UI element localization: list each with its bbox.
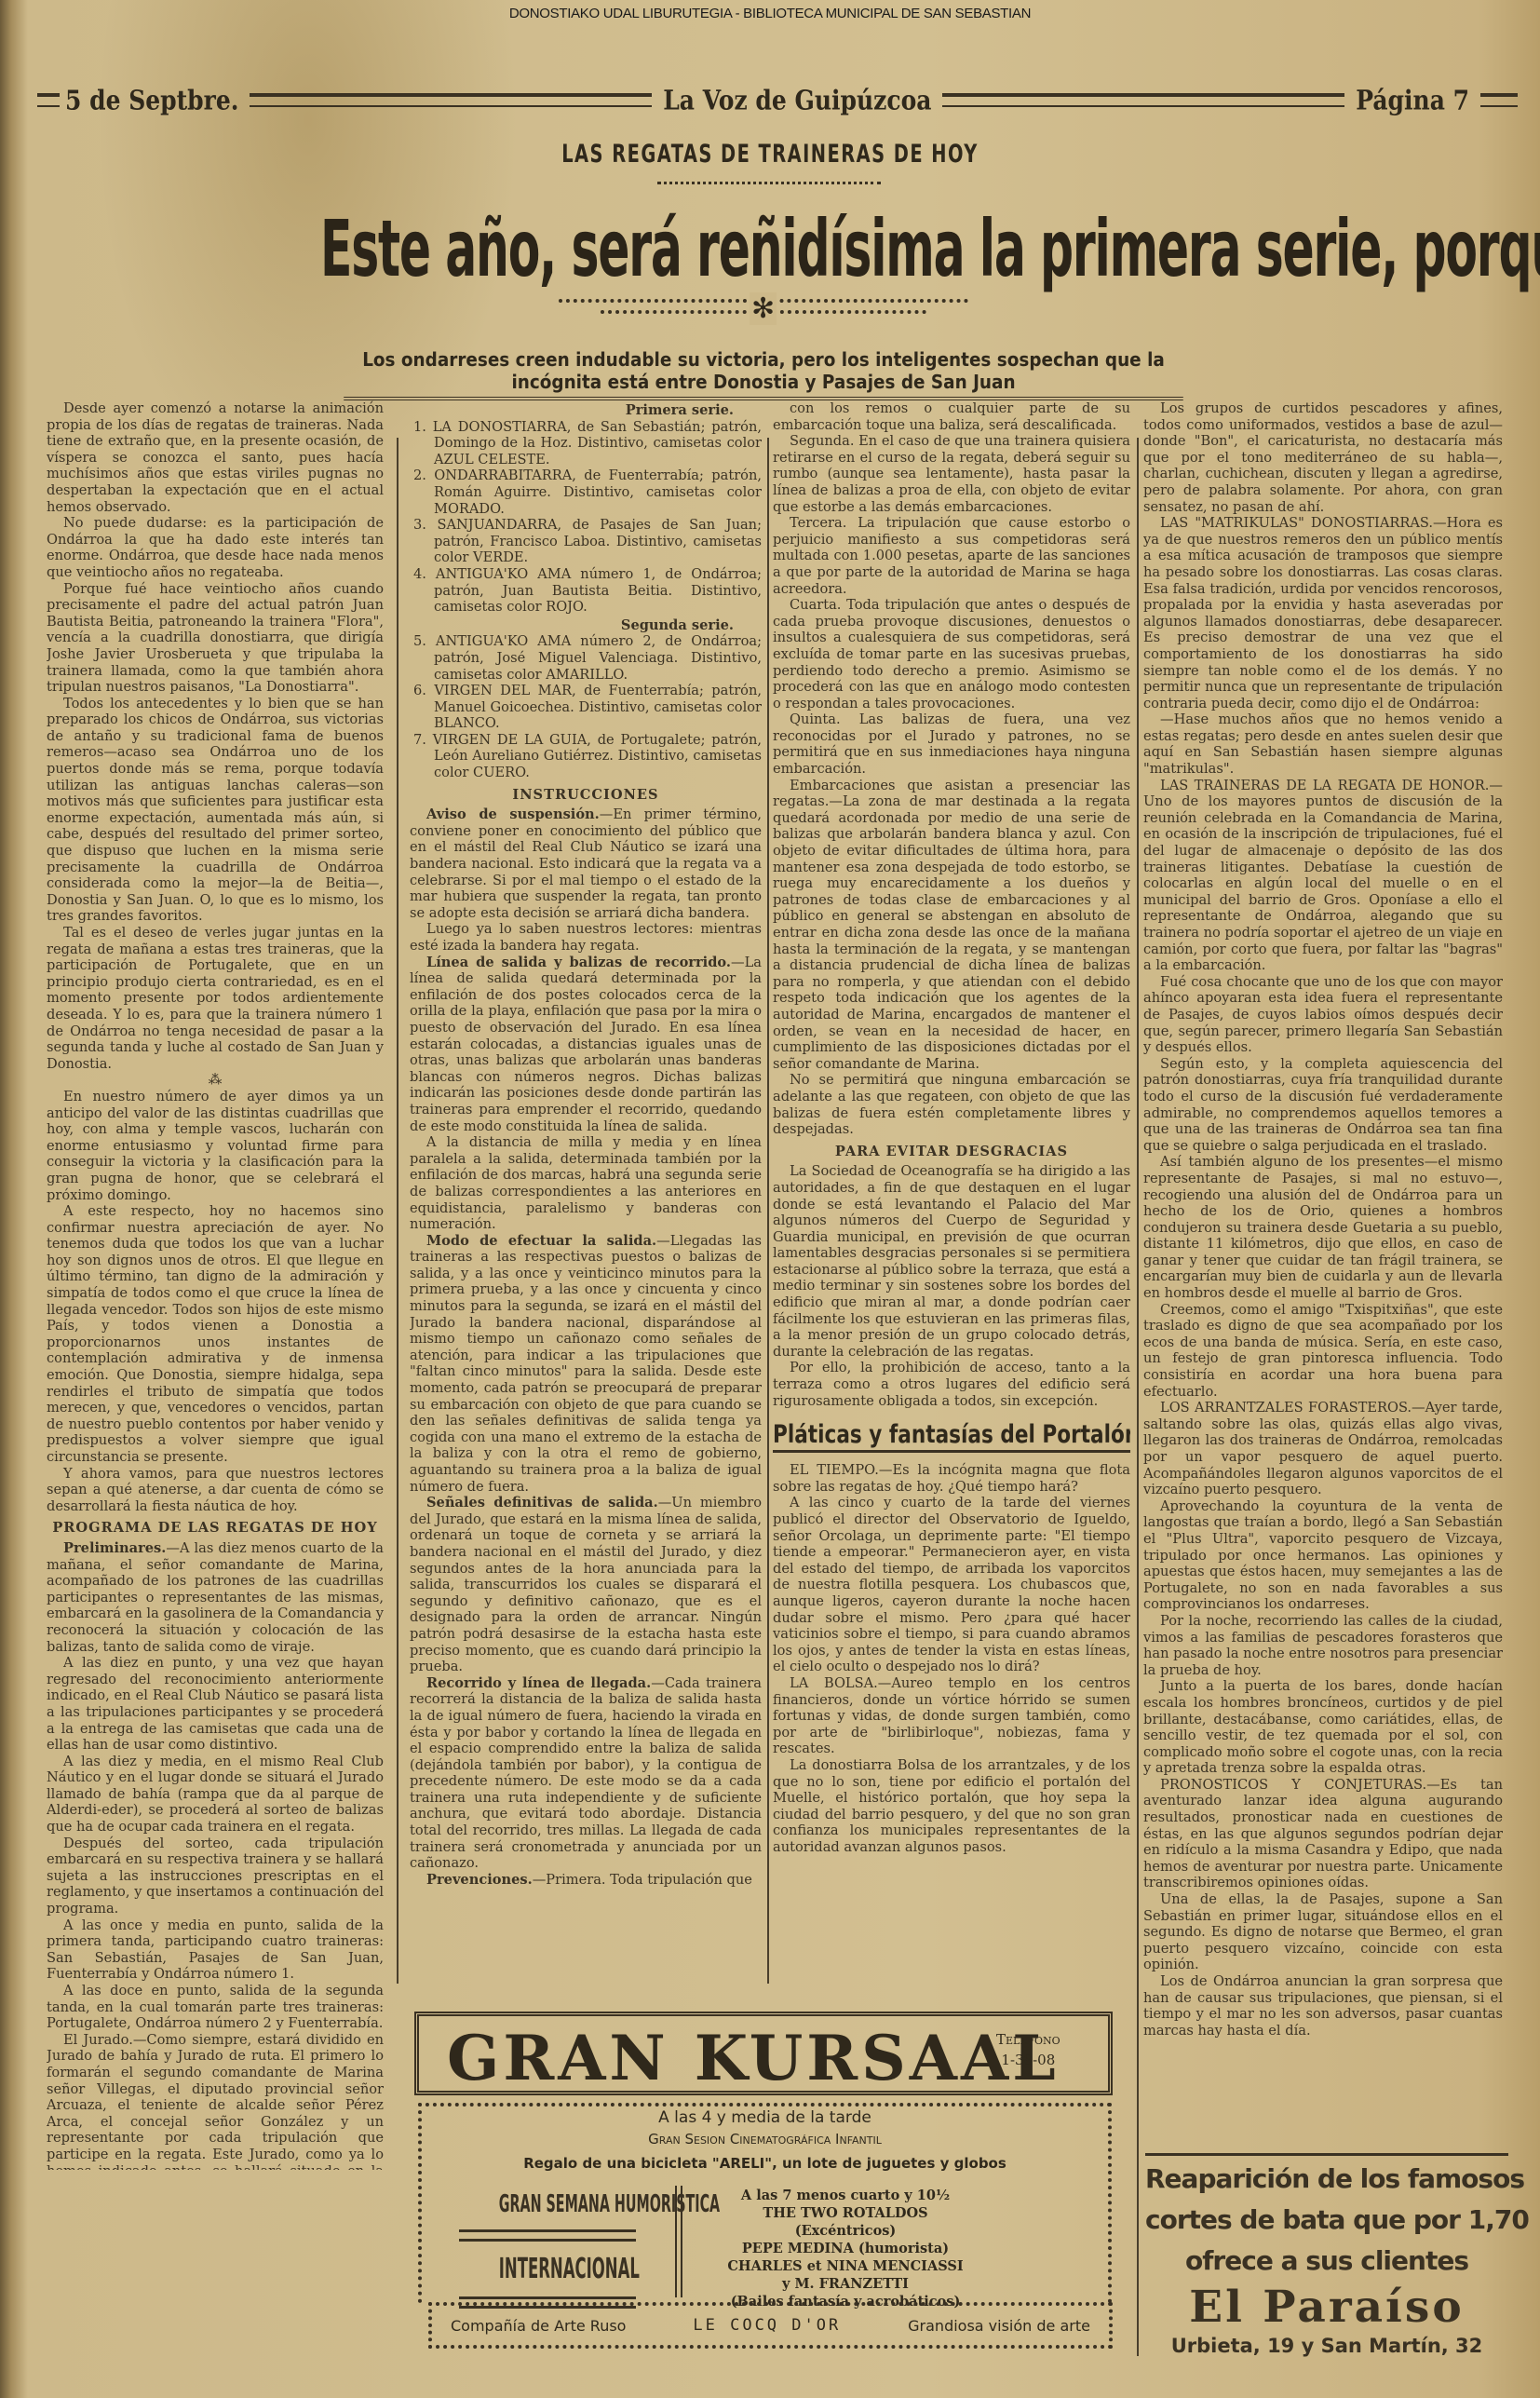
asterism-icon: ⁂ — [47, 1072, 384, 1089]
matinee-session: Gran Sesion Cinematográfica Infantil — [422, 2131, 1108, 2147]
paragraph: A las cinco y cuarto de la tarde del vie… — [773, 1495, 1130, 1675]
kursaal-title-box: GRAN KURSAAL Teléfono 1-38-08 — [414, 2012, 1113, 2095]
paragraph: Todos los antecedentes y lo bien que se … — [47, 696, 384, 925]
footer-tagline: Grandiosa visión de arte — [908, 2317, 1090, 2335]
paragraph: Por ello, la prohibición de acceso, tant… — [773, 1360, 1130, 1409]
paragraph: Por la noche, recorriendo las calles de … — [1143, 1613, 1503, 1678]
kursaal-phone: Teléfono 1-38-08 — [996, 2029, 1060, 2070]
kursaal-footer: Compañía de Arte Ruso LE COCQ D'OR Grand… — [428, 2302, 1113, 2349]
crew-entry: 1. LA DONOSTIARRA, de San Sebastián; pat… — [410, 419, 762, 468]
paragraph: Los de Ondárroa anuncian la gran sorpres… — [1143, 1973, 1503, 2039]
paraiso-line-3: ofrece a sus clientes — [1145, 2243, 1508, 2279]
instruction-lead: Modo de efectuar la salida. — [426, 1233, 656, 1249]
program-paragraph: El Jurado.—Como siempre, estará dividido… — [47, 2032, 384, 2170]
page-number: Página 7 — [1356, 84, 1469, 115]
paragraph: Aprovechando la coyuntura de la venta de… — [1143, 1498, 1503, 1613]
headline-ornament: ✻ — [559, 294, 968, 322]
instructions-list: Aviso de suspensión.—En primer término, … — [410, 806, 762, 1888]
kursaal-program-box: A las 4 y media de la tarde Gran Sesion … — [418, 2103, 1112, 2303]
instruction-paragraph: Prevenciones.—Primera. Toda tripulación … — [410, 1872, 762, 1889]
paragraph: PRONOSTICOS Y CONJETURAS.—Es tan aventur… — [1143, 1777, 1503, 1891]
column-4: Los grupos de curtidos pescadores y afin… — [1143, 400, 1503, 2133]
paragraph: LAS "MATRIKULAS" DONOSTIARRAS.—Hora es y… — [1143, 515, 1503, 711]
portalon-paragraphs: EL TIEMPO.—Es la incógnita magna que flo… — [773, 1462, 1130, 1855]
instructions-heading: INSTRUCCIONES — [410, 787, 762, 804]
footer-show: LE COCQ D'OR — [693, 2316, 841, 2335]
program-paragraph: A las diez en punto, y una vez que hayan… — [47, 1655, 384, 1754]
program-paragraphs: Preliminares.—A las diez menos cuarto de… — [47, 1540, 384, 2170]
column-3: con los remos o cualquier parte de su em… — [773, 400, 1130, 2002]
program-line: y M. FRANZETTI — [706, 2275, 985, 2293]
paragraph: A este respecto, hoy no hacemos sino con… — [47, 1203, 384, 1466]
column-1: Desde ayer comenzó a notarse la animació… — [47, 400, 384, 2170]
instruction-paragraph: Señales definitivas de salida.—Un miembr… — [410, 1495, 762, 1675]
masthead-rule — [250, 93, 652, 107]
instruction-paragraph: Modo de efectuar la salida.—Llegadas las… — [410, 1233, 762, 1496]
column-divider — [397, 438, 399, 1984]
evening-program: A las 7 menos cuarto y 10½THE TWO ROTALD… — [706, 2187, 985, 2310]
program-lead: Preliminares. — [63, 1540, 166, 1556]
paragraph: LAS TRAINERAS DE LA REGATA DE HONOR.—Uno… — [1143, 778, 1503, 974]
paragraph: Una de ellas, la de Pasajes, supone a Sa… — [1143, 1891, 1503, 1973]
column-2: Primera serie.1. LA DONOSTIARRA, de San … — [410, 400, 762, 2002]
instruction-paragraph: Recorrido y línea de llegada.—Cada train… — [410, 1675, 762, 1872]
portalon-heading: Pláticas y fantasías del Portalón — [773, 1420, 1130, 1453]
matinee-time: A las 4 y media de la tarde — [422, 2108, 1108, 2127]
article-deck: Los ondarreses creen indudable su victor… — [344, 348, 1183, 400]
instruction-lead: Recorrido y línea de llegada. — [426, 1675, 651, 1691]
program-line: A las 7 menos cuarto y 10½ — [706, 2187, 985, 2204]
kursaal-title: GRAN KURSAAL — [447, 2022, 1060, 2094]
paragraph: Según esto, y la completa aquiescencia d… — [1143, 1056, 1503, 1155]
program-heading: PROGRAMA DE LAS REGATAS DE HOY — [47, 1520, 384, 1537]
desgracias-heading: PARA EVITAR DESGRACIAS — [773, 1144, 1130, 1160]
matinee-gift: Regalo de una bicicleta "ARELI", un lote… — [422, 2155, 1108, 2172]
program-paragraph: A las diez y media, en el mismo Real Clu… — [47, 1754, 384, 1836]
instruction-paragraph: A la distancia de milla y media y en lín… — [410, 1134, 762, 1233]
paragraph: —Hase muchos años que no hemos venido a … — [1143, 711, 1503, 777]
crew-list: Primera serie.1. LA DONOSTIARRA, de San … — [410, 402, 762, 781]
paragraph: con los remos o cualquier parte de su em… — [773, 400, 1130, 433]
program-paragraph: Después del sorteo, cada tripulación emb… — [47, 1836, 384, 1917]
instruction-lead: Prevenciones. — [426, 1872, 533, 1888]
paragraph: Embarcaciones que asistan a presenciar l… — [773, 778, 1130, 1073]
paragraph: EL TIEMPO.—Es la incógnita magna que flo… — [773, 1462, 1130, 1495]
instruction-lead: Aviso de suspensión. — [426, 806, 600, 822]
library-header: DONOSTIAKO UDAL LIBURUTEGIA - BIBLIOTECA… — [0, 6, 1540, 21]
instruction-lead: Línea de salida y balizas de recorrido. — [426, 955, 731, 970]
paragraph: La Sociedad de Oceanografía se ha dirigi… — [773, 1163, 1130, 1360]
series-label: Primera serie. — [410, 402, 734, 419]
phone-label: Teléfono — [996, 2029, 1060, 2050]
instruction-paragraph: Línea de salida y balizas de recorrido.—… — [410, 955, 762, 1135]
series-label: Segunda serie. — [410, 617, 734, 634]
paraiso-advertisement: Reaparición de los famosos cortes de bat… — [1145, 2153, 1508, 2361]
paragraph: LOS ARRANTZALES FORASTEROS.—Ayer tarde, … — [1143, 1400, 1503, 1498]
article-kicker: LAS REGATAS DE TRAINERAS DE HOY — [216, 140, 1325, 169]
paragraph: Tal es el deseo de verles jugar juntas e… — [47, 925, 384, 1072]
paragraph: Quinta. Las balizas de fuera, una vez re… — [773, 711, 1130, 777]
paragraph: Segunda. En el caso de que una trainera … — [773, 433, 1130, 515]
paragraph: Los grupos de curtidos pescadores y afin… — [1143, 400, 1503, 515]
paraiso-line-2: cortes de bata que por 1,70 — [1145, 2202, 1508, 2238]
article-headline: Este año, será reñidísima la primera ser… — [320, 207, 1225, 291]
paragraph: No puede dudarse: es la participación de… — [47, 515, 384, 580]
paragraph: Porque fué hace veintiocho años cuando p… — [47, 581, 384, 696]
program-line: THE TWO ROTALDOS — [706, 2204, 985, 2222]
ad-rule — [459, 2229, 636, 2242]
paraiso-brand: El Paraíso — [1145, 2283, 1508, 2333]
paragraph: Y ahora vamos, para que nuestros lectore… — [47, 1466, 384, 1515]
crew-entry: 3. SANJUANDARRA, de Pasajes de San Juan;… — [410, 517, 762, 566]
humor-week-title: GRAN SEMANA HUMORISTICA — [499, 2190, 597, 2218]
paraiso-line-1: Reaparición de los famosos — [1145, 2161, 1508, 2197]
crew-entry: 4. ANTIGUA'KO AMA número 1, de Ondárroa;… — [410, 566, 762, 616]
newspaper-name: La Voz de Guipúzcoa — [663, 84, 931, 115]
masthead-rule — [942, 93, 1344, 107]
instruction-paragraph: Aviso de suspensión.—En primer término, … — [410, 806, 762, 921]
column-divider — [767, 438, 769, 1984]
column-4-paragraphs: Los grupos de curtidos pescadores y afin… — [1143, 400, 1503, 2039]
phone-number: 1-38-08 — [996, 2050, 1060, 2070]
column-1-paragraphs-2: En nuestro número de ayer dimos ya un an… — [47, 1089, 384, 1514]
paragraph: Así también alguno de los presentes—el m… — [1143, 1154, 1503, 1301]
paragraph: En nuestro número de ayer dimos ya un an… — [47, 1089, 384, 1203]
column-divider — [1137, 438, 1139, 2356]
paragraph: Junto a la puerta de los bares, donde ha… — [1143, 1678, 1503, 1777]
kicker-divider — [657, 182, 881, 189]
paragraph: Cuarta. Toda tripulación que antes o des… — [773, 597, 1130, 711]
asterisk-ornament-icon: ✻ — [750, 292, 777, 325]
kursaal-advertisement: GRAN KURSAAL Teléfono 1-38-08 A las 4 y … — [405, 2002, 1127, 2370]
paragraph: La donostiarra Bolsa de los arrantzales,… — [773, 1757, 1130, 1856]
column-3-paragraphs: con los remos o cualquier parte de su em… — [773, 400, 1130, 1138]
program-line: (Excéntricos) — [706, 2222, 985, 2240]
desgracias-paragraphs: La Sociedad de Oceanografía se ha dirigi… — [773, 1163, 1130, 1409]
paragraph: Fué cosa chocante que uno de los que con… — [1143, 974, 1503, 1056]
crew-entry: 6. VIRGEN DEL MAR, de Fuenterrabía; patr… — [410, 683, 762, 732]
instruction-lead: Señales definitivas de salida. — [426, 1495, 658, 1511]
paragraph: No se permitirá que ninguna embarcación … — [773, 1072, 1130, 1137]
humor-week-subtitle: INTERNACIONAL — [499, 2253, 597, 2285]
issue-date: 5 de Septbre. — [65, 84, 238, 115]
masthead-rule — [37, 93, 60, 107]
paragraph: Creemos, como el amigo "Txispitxiñas", q… — [1143, 1302, 1503, 1401]
program-line: PEPE MEDINA (humorista) — [706, 2240, 985, 2257]
column-1-paragraphs: Desde ayer comenzó a notarse la animació… — [47, 400, 384, 1072]
paraiso-address: Urbieta, 19 y San Martín, 32 — [1145, 2333, 1508, 2359]
crew-entry: 2. ONDARRABITARRA, de Fuenterrabía; patr… — [410, 467, 762, 517]
program-paragraph: A las doce en punto, salida de la segund… — [47, 1983, 384, 2032]
footer-company: Compañía de Arte Ruso — [451, 2317, 626, 2335]
humor-week-block: GRAN SEMANA HUMORISTICA INTERNACIONAL — [459, 2190, 636, 2320]
instruction-paragraph: Luego ya lo saben nuestros lectores: mie… — [410, 921, 762, 954]
masthead: 5 de Septbre. La Voz de Guipúzcoa Página… — [37, 86, 1518, 114]
program-paragraph: A las once y media en punto, salida de l… — [47, 1917, 384, 1983]
program-paragraph: Preliminares.—A las diez menos cuarto de… — [47, 1540, 384, 1655]
paragraph: LA BOLSA.—Aureo templo en los centros fi… — [773, 1675, 1130, 1757]
program-line: CHARLES et NINA MENCIASSI — [706, 2257, 985, 2275]
crew-entry: 7. VIRGEN DE LA GUIA, de Portugalete; pa… — [410, 732, 762, 781]
decorative-column-icon — [675, 2186, 682, 2297]
masthead-rule — [1480, 93, 1518, 107]
crew-entry: 5. ANTIGUA'KO AMA número 2, de Ondárroa;… — [410, 633, 762, 683]
paragraph: Tercera. La tripulación que cause estorb… — [773, 515, 1130, 597]
paragraph: Desde ayer comenzó a notarse la animació… — [47, 400, 384, 515]
